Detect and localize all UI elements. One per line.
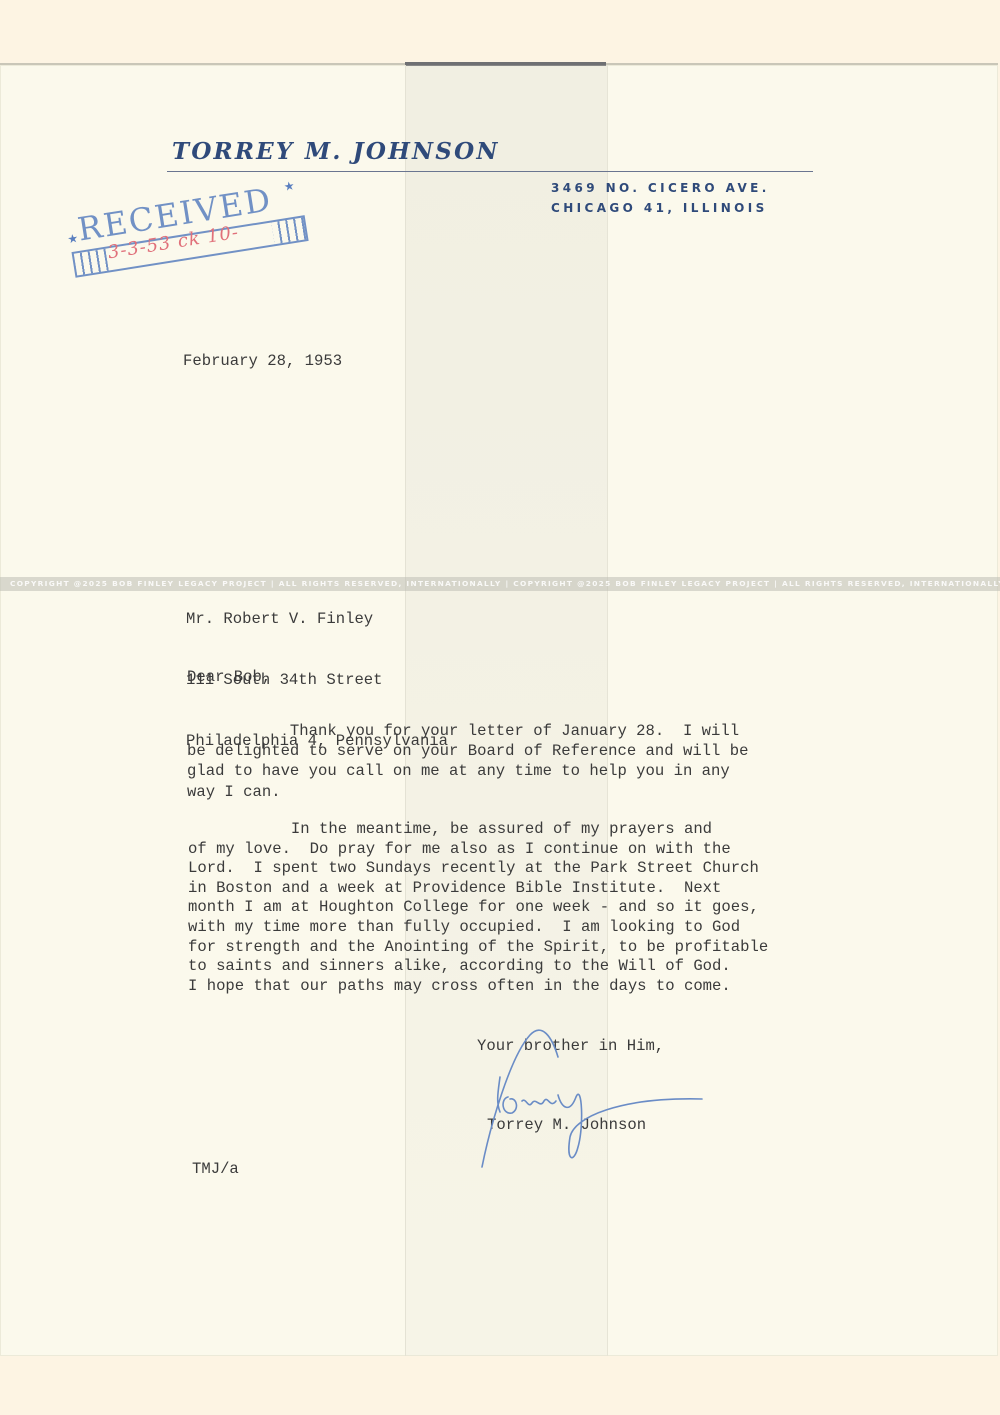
star-icon: ★ (283, 178, 296, 194)
handwritten-signature (470, 1017, 720, 1177)
received-stamp: ★ RECEIVED ★ 3-3-53 ck 10- (62, 167, 312, 284)
letter-date: February 28, 1953 (183, 351, 342, 371)
copyright-watermark: COPYRIGHT @2025 BOB FINLEY LEGACY PROJEC… (0, 577, 1000, 591)
salutation: Dear Bob, (187, 667, 271, 687)
body-paragraph-1: Thank you for your letter of January 28.… (187, 721, 748, 802)
letterhead-address-line-2: CHICAGO 41, ILLINOIS (551, 201, 768, 215)
letterhead-name: TORREY M. JOHNSON (172, 138, 500, 165)
recipient-name: Mr. Robert V. Finley (186, 609, 448, 629)
body-paragraph-2: In the meantime, be assured of my prayer… (188, 820, 768, 996)
letter-page: TORREY M. JOHNSON 3469 NO. CICERO AVE. C… (0, 63, 998, 1356)
letterhead-address-line-1: 3469 NO. CICERO AVE. (551, 181, 770, 195)
letterhead-rule (167, 171, 813, 172)
star-icon: ★ (66, 231, 79, 247)
reference-initials: TMJ/a (192, 1159, 239, 1179)
